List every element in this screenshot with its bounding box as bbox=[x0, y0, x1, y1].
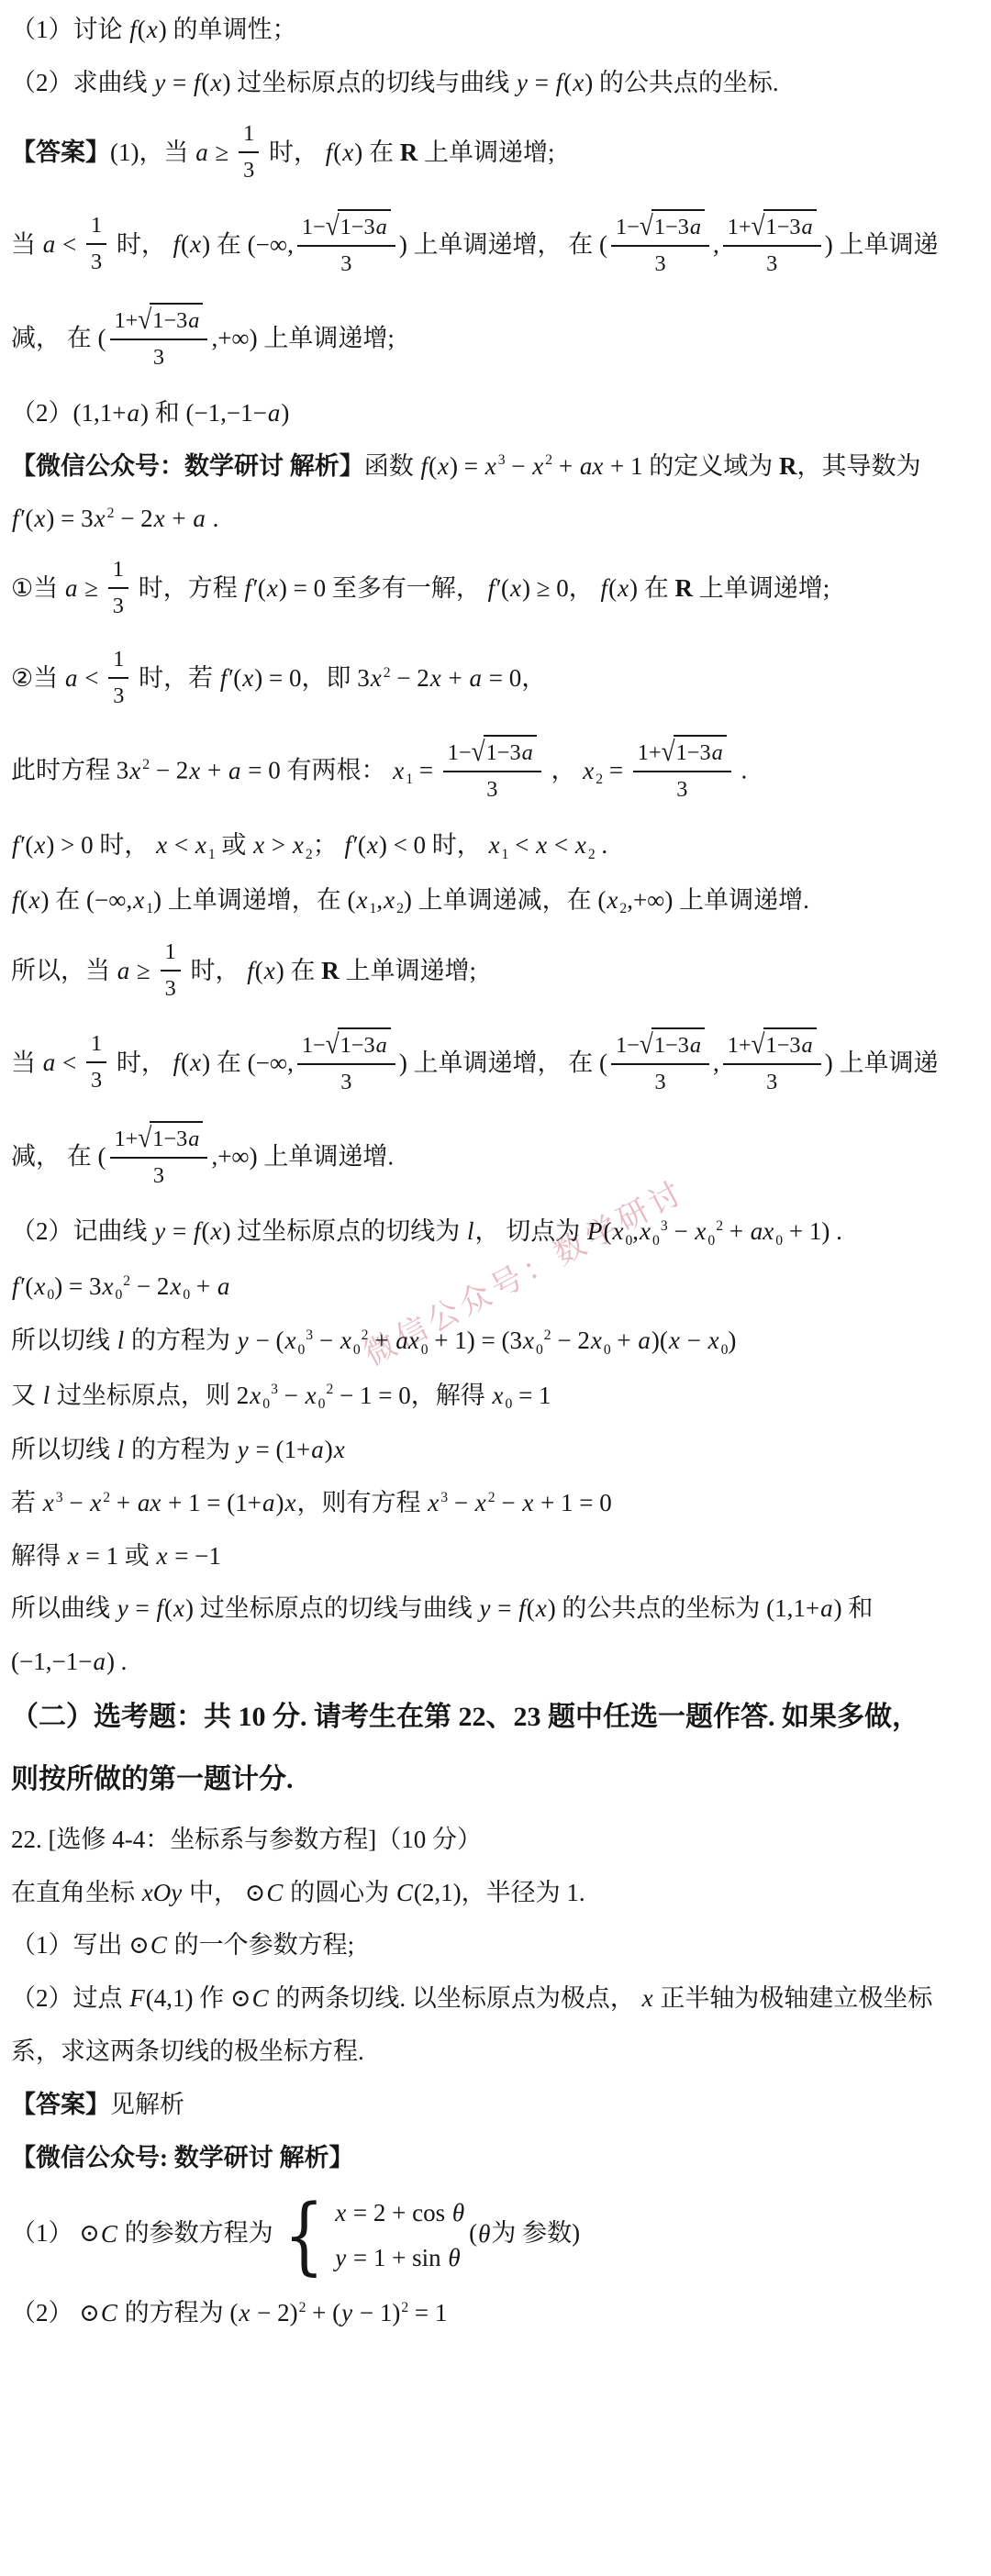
text-run: 1−3 bbox=[766, 1033, 801, 1058]
bold-text: （二）选考题：共 10 分. 请考生在第 22、23 题中任选一题作答. 如果多… bbox=[11, 1702, 919, 1732]
sqrt-radical: √1−3a bbox=[138, 302, 203, 337]
subscript: 0 bbox=[775, 1233, 783, 1249]
math-var: x bbox=[492, 1382, 505, 1409]
text-run: ( bbox=[255, 957, 263, 984]
text-run: ) . bbox=[106, 1648, 128, 1675]
math-var: f bbox=[518, 1594, 527, 1622]
text-run: 3 bbox=[153, 345, 164, 370]
fraction: 1+√1−3a3 bbox=[723, 1027, 821, 1098]
math-var: ax bbox=[137, 1489, 161, 1516]
radicand: 1−3a bbox=[763, 1027, 817, 1061]
superscript: 3 bbox=[56, 1490, 63, 1505]
paragraph: 系，求这两条切线的极坐标方程. bbox=[11, 2035, 985, 2070]
math-var: a bbox=[801, 1033, 814, 1058]
math-var: x bbox=[340, 1327, 352, 1354]
text-run: 时， bbox=[110, 230, 173, 258]
text-run: 上单调递增; bbox=[693, 574, 830, 602]
math-var: x bbox=[146, 16, 159, 43]
text-run: ) = 3 bbox=[46, 505, 93, 532]
math-var: a bbox=[375, 215, 388, 239]
text-run: 3 bbox=[654, 1070, 665, 1094]
denominator: 3 bbox=[611, 1065, 709, 1098]
text-run: ) 在 bbox=[276, 957, 322, 984]
math-var: a bbox=[267, 399, 282, 427]
text-run: （2） ⊙ bbox=[11, 2299, 100, 2326]
math-var: y bbox=[153, 1217, 166, 1245]
math-var: x bbox=[238, 2299, 251, 2326]
numerator: 1−√1−3a bbox=[611, 208, 709, 247]
math-var: f bbox=[11, 886, 20, 914]
text-run: + 1 = (1+ bbox=[161, 1489, 262, 1516]
denominator: 3 bbox=[110, 340, 208, 373]
text-run: 的方程为 bbox=[125, 1436, 237, 1463]
paragraph: 所以，当 a ≥ 13 时， f(x) 在 R 上单调递增; bbox=[11, 938, 985, 1009]
text-run: （1） ⊙ bbox=[11, 2220, 100, 2248]
cases-row: x = 2 + cos θ bbox=[334, 2196, 465, 2231]
subscript: 2 bbox=[619, 901, 627, 916]
paragraph: （2）过点 F(4,1) 作 ⊙C 的两条切线. 以坐标原点为极点， x 正半轴… bbox=[11, 1982, 985, 2016]
text-run: ( bbox=[181, 230, 189, 258]
denominator: 3 bbox=[86, 1063, 106, 1096]
text-run: + bbox=[611, 1327, 638, 1354]
text-run: + 1 = 0 bbox=[534, 1489, 611, 1516]
sqrt-radical: √1−3a bbox=[326, 1027, 391, 1061]
subscript: 0 bbox=[536, 1342, 543, 1358]
text-run: − bbox=[681, 1327, 707, 1354]
text-run: ②当 bbox=[11, 664, 64, 692]
math-var: x bbox=[356, 886, 369, 914]
text-run: 在直角坐标 bbox=[11, 1879, 141, 1906]
text-run: ) 上单调递 bbox=[825, 230, 939, 258]
subscript: 0 bbox=[262, 1396, 270, 1412]
text-run: 1+ bbox=[728, 215, 752, 239]
text-run: ) 过坐标原点的切线与曲线 bbox=[222, 69, 516, 96]
math-var: x bbox=[535, 1594, 548, 1622]
text-run: = 2 + cos bbox=[347, 2199, 451, 2226]
paragraph: 所以切线 l 的方程为 y − (x03 − x02 + ax0 + 1) = … bbox=[11, 1324, 985, 1360]
text-run: + bbox=[110, 1489, 137, 1516]
math-var: x bbox=[668, 1327, 681, 1354]
text-run: 1+ bbox=[115, 308, 139, 333]
text-run: 3 bbox=[153, 1163, 164, 1188]
text-run: 3 bbox=[340, 251, 351, 276]
text-run: 1−3 bbox=[340, 1033, 375, 1058]
cases-row: y = 1 + sin θ bbox=[334, 2241, 465, 2276]
paragraph: （1）写出 ⊙C 的一个参数方程; bbox=[11, 1928, 985, 1963]
bold-text: 【答案】 bbox=[11, 2091, 110, 2118]
paragraph: 减， 在 (1+√1−3a3,+∞) 上单调递增. bbox=[11, 1121, 985, 1196]
text-run: ) bbox=[276, 1489, 284, 1516]
text-run: ( bbox=[233, 664, 241, 692]
text-run: 3 bbox=[486, 777, 497, 802]
numerator: 1−√1−3a bbox=[443, 734, 541, 772]
paragraph: （1） ⊙C 的参数方程为{x = 2 + cos θy = 1 + sin θ… bbox=[11, 2193, 985, 2278]
math-var: a bbox=[689, 1033, 702, 1058]
paragraph: （二）选考题：共 10 分. 请考生在第 22、23 题中任选一题作答. 如果多… bbox=[11, 1698, 985, 1737]
paragraph: （2）记曲线 y = f(x) 过坐标原点的切线为 l， 切点为 P(x0,x0… bbox=[11, 1215, 985, 1250]
text-run: ) < 0 时， bbox=[379, 831, 488, 859]
text-run: + bbox=[552, 452, 579, 480]
text-run: 3 bbox=[676, 777, 687, 802]
text-run: 过坐标原点，则 2 bbox=[50, 1382, 249, 1409]
text-run: 1 bbox=[91, 1031, 102, 1056]
math-var: x bbox=[252, 831, 265, 859]
math-var: a bbox=[64, 664, 79, 692]
math-var: x bbox=[429, 664, 442, 692]
text-run: − 2 bbox=[114, 505, 152, 532]
denominator: 3 bbox=[297, 1065, 395, 1098]
denominator: 3 bbox=[723, 247, 821, 280]
paragraph: f′(x) = 3x2 − 2x + a . bbox=[11, 502, 985, 537]
math-var: x bbox=[169, 1272, 182, 1300]
text-run: . bbox=[735, 757, 748, 784]
paragraph: 当 a < 13 时， f(x) 在 (−∞,1−√1−3a3) 上单调递增， … bbox=[11, 209, 985, 284]
fraction: 1−√1−3a3 bbox=[297, 208, 395, 280]
text-run: = 0， bbox=[483, 664, 546, 692]
text-run: ) 上单调递增， 在 ( bbox=[399, 230, 607, 258]
text-run: ) bbox=[325, 1436, 333, 1463]
math-var: ax bbox=[750, 1217, 774, 1245]
numerator: 1−√1−3a bbox=[297, 1027, 395, 1065]
text-run: ，则有方程 bbox=[297, 1489, 428, 1516]
math-var: x bbox=[437, 452, 450, 480]
math-var: a bbox=[801, 215, 814, 239]
math-var: y bbox=[516, 69, 529, 96]
math-var: x bbox=[173, 1594, 185, 1622]
math-var: y bbox=[334, 2244, 347, 2271]
text-run: ( bbox=[469, 2220, 477, 2248]
text-run: 中， ⊙ bbox=[183, 1879, 265, 1906]
text-run: + bbox=[166, 505, 193, 532]
text-run: 1− bbox=[302, 215, 326, 239]
math-var: x bbox=[370, 664, 383, 692]
math-var: x bbox=[606, 886, 618, 914]
sqrt-radical: √1−3a bbox=[326, 208, 391, 243]
paragraph: (−1,−1−a) . bbox=[11, 1645, 985, 1680]
text-run: − bbox=[278, 1382, 305, 1409]
text-run: （2）记曲线 bbox=[11, 1217, 153, 1245]
superscript: 2 bbox=[545, 452, 552, 468]
subscript: 1 bbox=[208, 847, 216, 862]
text-run: 3 bbox=[243, 158, 254, 183]
math-var: l bbox=[117, 1327, 126, 1354]
text-run: 3 bbox=[113, 683, 124, 708]
text-run: 1 bbox=[91, 213, 102, 238]
numerator: 1+√1−3a bbox=[723, 1027, 821, 1065]
text-run: < bbox=[168, 831, 195, 859]
sqrt-radical: √1−3a bbox=[752, 1027, 817, 1061]
math-var: y bbox=[117, 1594, 129, 1622]
text-run: ) 的公共点的坐标为 (1,1+ bbox=[548, 1594, 819, 1622]
text-run: − bbox=[63, 1489, 90, 1516]
superscript: 3 bbox=[440, 1490, 448, 1505]
text-run: ( bbox=[358, 831, 366, 859]
subscript: 0 bbox=[707, 1233, 715, 1249]
text-run: 1−3 bbox=[486, 740, 521, 765]
numerator: 1 bbox=[239, 118, 259, 153]
subscript: 0 bbox=[183, 1287, 190, 1303]
denominator: 3 bbox=[633, 772, 731, 805]
math-var: P bbox=[586, 1217, 604, 1245]
math-var: x bbox=[241, 664, 254, 692]
text-run: 时，方程 bbox=[132, 574, 244, 602]
text-run: . bbox=[206, 505, 219, 532]
text-run: ( bbox=[563, 69, 572, 96]
text-run: （2）(1,1+ bbox=[11, 399, 126, 427]
math-var: a bbox=[819, 1594, 834, 1622]
text-run: ,+∞) 上单调递增. bbox=[627, 886, 809, 914]
text-run: (1)，当 bbox=[110, 139, 195, 166]
math-var: f′ bbox=[11, 505, 25, 532]
math-var: x bbox=[284, 1327, 296, 1354]
text-run: 3 bbox=[91, 250, 102, 274]
fraction: 13 bbox=[239, 118, 259, 186]
text-run: 1 bbox=[243, 121, 254, 146]
text-run: = 1 + sin bbox=[347, 2244, 447, 2271]
math-var: x bbox=[33, 831, 46, 859]
math-var: x bbox=[155, 1542, 168, 1570]
text-run: 的方程为 bbox=[125, 1327, 237, 1354]
radical-sign: √ bbox=[752, 1025, 765, 1064]
text-run: ) = 0，即 3 bbox=[254, 664, 369, 692]
subscript: 0 bbox=[318, 1396, 326, 1412]
bold-text: R bbox=[400, 139, 418, 166]
subscript: 0 bbox=[652, 1233, 660, 1249]
math-var: a bbox=[92, 1648, 106, 1675]
math-var: a bbox=[42, 230, 57, 258]
radicand: 1−3a bbox=[484, 735, 537, 769]
text-run: 3 bbox=[654, 251, 665, 276]
bold-text: 【微信公众号: 数学研讨 解析】 bbox=[11, 2144, 354, 2171]
text-run: 的一个参数方程; bbox=[168, 1931, 354, 1959]
paragraph: 【答案】见解析 bbox=[11, 2088, 985, 2123]
math-var: l bbox=[117, 1436, 126, 1463]
math-var: ax bbox=[395, 1327, 419, 1354]
text-run: + bbox=[201, 757, 228, 784]
math-var: x bbox=[427, 1489, 440, 1516]
math-var: x bbox=[484, 452, 497, 480]
text-run: 1+ bbox=[728, 1033, 752, 1058]
subscript: 0 bbox=[421, 1342, 429, 1358]
fraction: 1−√1−3a3 bbox=[443, 734, 541, 805]
text-run: 3 bbox=[113, 594, 124, 618]
math-var: C bbox=[265, 1879, 284, 1906]
text-run: ≥ bbox=[130, 957, 156, 984]
superscript: 2 bbox=[384, 665, 391, 681]
math-var: x bbox=[209, 69, 222, 96]
radical-sign: √ bbox=[138, 1118, 151, 1158]
text-run: ( bbox=[181, 1049, 189, 1076]
fraction: 13 bbox=[108, 644, 128, 712]
text-run: > bbox=[265, 831, 292, 859]
text-run: + bbox=[442, 664, 469, 692]
text-run: (4,1) 作 ⊙ bbox=[146, 1984, 251, 2012]
sqrt-radical: √1−3a bbox=[662, 734, 727, 769]
math-var: x bbox=[611, 1217, 624, 1245]
text-run: + bbox=[190, 1272, 217, 1300]
fraction: 1+√1−3a3 bbox=[633, 734, 731, 805]
text-run: （1）讨论 bbox=[11, 16, 128, 43]
numerator: 1 bbox=[108, 554, 128, 589]
math-var: a bbox=[228, 757, 242, 784]
math-var: a bbox=[64, 574, 79, 602]
paragraph: 减， 在 (1+√1−3a3,+∞) 上单调递增; bbox=[11, 303, 985, 378]
text-run: 所以切线 bbox=[11, 1327, 117, 1354]
math-var: C bbox=[100, 2299, 118, 2326]
paragraph: （1）讨论 f(x) 的单调性； bbox=[11, 13, 985, 48]
text-run: （2）求曲线 bbox=[11, 69, 153, 96]
math-var: x bbox=[617, 574, 629, 602]
math-var: a bbox=[521, 740, 534, 765]
text-run: = 1 bbox=[512, 1382, 551, 1409]
text-run: = −1 bbox=[168, 1542, 220, 1570]
math-var: a bbox=[310, 1436, 325, 1463]
math-var: x bbox=[153, 505, 166, 532]
denominator: 3 bbox=[108, 589, 128, 622]
math-var: x bbox=[366, 831, 379, 859]
math-var: x bbox=[574, 831, 587, 859]
text-run: 3 bbox=[766, 251, 777, 276]
text-run: 所以曲线 bbox=[11, 1594, 117, 1622]
subscript: 2 bbox=[596, 772, 603, 787]
superscript: 2 bbox=[544, 1327, 551, 1343]
text-run: 1+ bbox=[115, 1127, 139, 1151]
math-var: x bbox=[284, 1489, 297, 1516]
subscript: 1 bbox=[146, 901, 153, 916]
paragraph: （2） ⊙C 的方程为 (x − 2)2 + (y − 1)2 = 1 bbox=[11, 2296, 985, 2331]
radicand: 1−3a bbox=[651, 209, 705, 243]
numerator: 1+√1−3a bbox=[633, 734, 731, 772]
subscript: 0 bbox=[115, 1287, 122, 1303]
subscript: 2 bbox=[306, 847, 313, 862]
text-run: ) bbox=[281, 399, 289, 427]
radicand: 1−3a bbox=[338, 209, 391, 243]
superscript: 2 bbox=[142, 757, 150, 772]
denominator: 3 bbox=[723, 1065, 821, 1098]
math-var: f bbox=[420, 452, 429, 480]
text-run: 的方程为 ( bbox=[118, 2299, 239, 2326]
math-var: x bbox=[128, 757, 141, 784]
math-var: x bbox=[67, 1542, 80, 1570]
math-var: C bbox=[395, 1879, 414, 1906]
subscript: 0 bbox=[297, 1342, 305, 1358]
text-run: = bbox=[166, 69, 193, 96]
paragraph: 【微信公众号：数学研讨 解析】函数 f(x) = x3 − x2 + ax + … bbox=[11, 450, 985, 484]
math-var: a bbox=[117, 957, 131, 984]
text-run: 时， bbox=[110, 1049, 173, 1076]
bold-text: R bbox=[779, 452, 797, 480]
document-page: 微信公众号：数学研讨 （1）讨论 f(x) 的单调性；（2）求曲线 y = f(… bbox=[0, 0, 991, 2576]
fraction: 1−√1−3a3 bbox=[611, 1027, 709, 1098]
text-run: + bbox=[723, 1217, 750, 1245]
radicand: 1−3a bbox=[338, 1027, 391, 1061]
text-run: + ( bbox=[306, 2299, 340, 2326]
superscript: 3 bbox=[661, 1218, 668, 1234]
text-run: ) = 0 至多有一解， bbox=[279, 574, 487, 602]
math-var: x bbox=[383, 886, 395, 914]
math-var: y bbox=[237, 1327, 250, 1354]
text-run: − 1 = 0，解得 bbox=[333, 1382, 491, 1409]
text-run: 1−3 bbox=[676, 740, 711, 765]
math-var: xOy bbox=[141, 1879, 183, 1906]
text-run: 或 bbox=[216, 831, 253, 859]
subscript: 0 bbox=[604, 1342, 611, 1358]
math-var: x bbox=[101, 1272, 114, 1300]
text-run: 时， bbox=[262, 139, 325, 166]
text-run: − bbox=[495, 1489, 522, 1516]
text-run: < bbox=[56, 230, 83, 258]
text-run: 为 参数) bbox=[491, 2220, 580, 2248]
bold-text: 则按所做的第一题计分. bbox=[11, 1764, 294, 1794]
text-run: 系，求这两条切线的极坐标方程. bbox=[11, 2037, 364, 2065]
math-var: y bbox=[340, 2299, 353, 2326]
text-run: ) > 0 时， bbox=[46, 831, 155, 859]
bold-text: 【答案】 bbox=[11, 139, 110, 166]
text-run: 时， bbox=[184, 957, 247, 984]
math-var: x bbox=[521, 1489, 534, 1516]
sqrt-radical: √1−3a bbox=[640, 208, 705, 243]
text-run: 1 bbox=[113, 647, 124, 672]
numerator: 1 bbox=[86, 1028, 106, 1063]
math-var: C bbox=[100, 2220, 118, 2248]
math-var: a bbox=[637, 1327, 651, 1354]
text-run: = 1 bbox=[408, 2299, 447, 2326]
superscript: 2 bbox=[716, 1218, 723, 1234]
math-var: l bbox=[42, 1382, 51, 1409]
math-var: F bbox=[128, 1984, 146, 2012]
superscript: 2 bbox=[488, 1490, 495, 1505]
text-run: 1−3 bbox=[766, 215, 801, 239]
text-run: 1− bbox=[302, 1033, 326, 1058]
math-var: a bbox=[262, 1489, 276, 1516]
math-var: x bbox=[189, 1049, 202, 1076]
math-var: C bbox=[251, 1984, 270, 2012]
text-run: 所以切线 bbox=[11, 1436, 117, 1463]
text-run: − 2 bbox=[130, 1272, 169, 1300]
text-run: ) = bbox=[450, 452, 484, 480]
text-run: 正半轴为极轴建立极坐标 bbox=[654, 1984, 933, 2012]
text-run: 减， 在 ( bbox=[11, 1143, 106, 1171]
superscript: 2 bbox=[123, 1273, 130, 1289]
text-run: ) 和 (−1,−1− bbox=[140, 399, 267, 427]
radicand: 1−3a bbox=[763, 209, 817, 243]
fraction: 13 bbox=[108, 554, 128, 622]
text-run: = bbox=[491, 1594, 518, 1622]
math-var: x bbox=[392, 757, 405, 784]
paragraph: 若 x3 − x2 + ax + 1 = (1+a)x，则有方程 x3 − x2… bbox=[11, 1486, 985, 1521]
math-var: x bbox=[209, 1217, 222, 1245]
left-brace-icon: { bbox=[284, 2193, 324, 2278]
text-run: 的两条切线. 以坐标原点为极点， bbox=[270, 1984, 641, 2012]
text-run: ) 上单调递增，在 ( bbox=[153, 886, 355, 914]
math-var: x bbox=[195, 831, 207, 859]
numerator: 1+√1−3a bbox=[723, 208, 821, 247]
math-var: x bbox=[582, 757, 595, 784]
math-var: x bbox=[694, 1217, 707, 1245]
text-run: + 1) . bbox=[783, 1217, 842, 1245]
math-var: f′ bbox=[343, 831, 357, 859]
math-var: f bbox=[155, 1594, 164, 1622]
subscript: 0 bbox=[353, 1342, 361, 1358]
paragraph: 22. [选修 4-4：坐标系与参数方程]（10 分） bbox=[11, 1823, 985, 1858]
math-var: x bbox=[334, 2199, 347, 2226]
text-run: ( bbox=[527, 1594, 535, 1622]
text-run: 1+ bbox=[638, 740, 662, 765]
math-var: f bbox=[173, 1049, 182, 1076]
text-run: (2,1)，半径为 1. bbox=[414, 1879, 585, 1906]
numerator: 1 bbox=[86, 210, 106, 245]
radical-sign: √ bbox=[640, 1025, 653, 1064]
